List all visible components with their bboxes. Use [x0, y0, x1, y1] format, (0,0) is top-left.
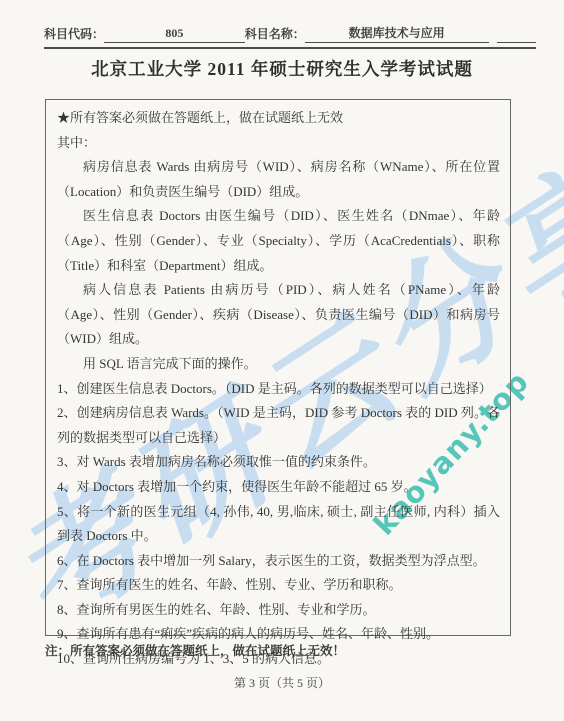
table-desc-patients: 病人信息表 Patients 由病历号（PID）、病人姓名（PName）、年龄（… [57, 278, 500, 352]
question-box: ★所有答案必须做在答题纸上，做在试题纸上无效 其中： 病房信息表 Wards 由… [45, 99, 511, 636]
intro-label: 其中： [57, 131, 500, 156]
question-8: 8、查询所有男医生的姓名、年龄、性别、专业和学历。 [57, 598, 500, 623]
sql-instruction: 用 SQL 语言完成下面的操作。 [57, 352, 500, 377]
blank-underline [497, 41, 536, 43]
exam-page: 考研云分享 kaoyany.top 科目代码： 805 科目名称： 数据库技术与… [0, 0, 564, 721]
question-2: 2、创建病房信息表 Wards。（WID 是主码，DID 参考 Doctors … [57, 401, 500, 450]
subject-name-label: 科目名称： [245, 25, 305, 43]
answer-sheet-notice: ★所有答案必须做在答题纸上，做在试题纸上无效 [57, 106, 500, 131]
question-4: 4、对 Doctors 表增加一个约束，使得医生年龄不能超过 65 岁。 [57, 475, 500, 500]
question-5: 5、将一个新的医生元组（4, 孙伟, 40, 男,临床, 硕士, 副主任医师, … [57, 500, 500, 549]
question-7: 7、查询所有医生的姓名、年龄、性别、专业、学历和职称。 [57, 573, 500, 598]
question-1: 1、创建医生信息表 Doctors。（DID 是主码。各列的数据类型可以自己选择… [57, 377, 500, 402]
subject-name-value: 数据库技术与应用 [305, 24, 489, 43]
subject-code-value: 805 [104, 26, 245, 43]
question-3: 3、对 Wards 表增加病房名称必须取惟一值的约束条件。 [57, 450, 500, 475]
exam-title: 北京工业大学 2011 年硕士研究生入学考试试题 [0, 56, 564, 81]
footer-note: 注：所有答案必须做在答题纸上，做在试题纸上无效！ [45, 641, 525, 659]
question-6: 6、在 Doctors 表中增加一列 Salary，表示医生的工资，数据类型为浮… [57, 549, 500, 574]
table-desc-doctors: 医生信息表 Doctors 由医生编号（DID）、医生姓名（DNmae）、年龄（… [57, 204, 500, 278]
exam-header: 科目代码： 805 科目名称： 数据库技术与应用 [44, 24, 536, 49]
table-desc-wards: 病房信息表 Wards 由病房号（WID）、病房名称（WName）、所在位置（L… [57, 155, 500, 204]
page-number: 第 3 页（共 5 页） [0, 674, 564, 691]
subject-code-label: 科目代码： [44, 25, 104, 43]
